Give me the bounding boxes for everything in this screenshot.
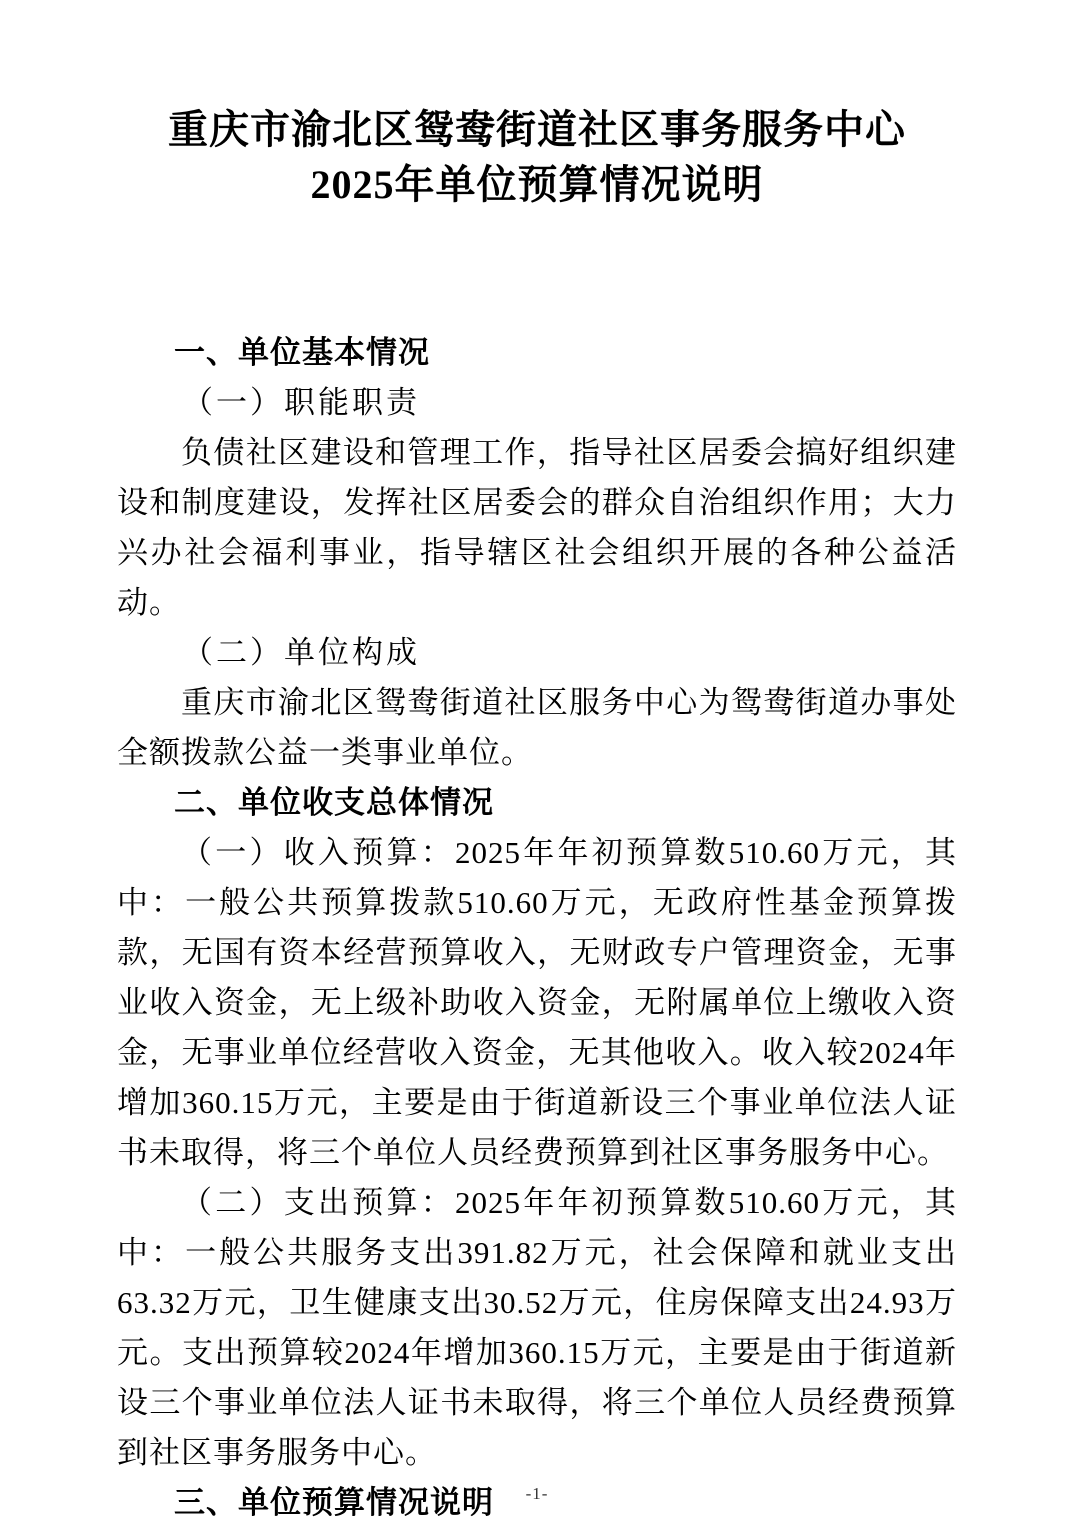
document-page: 重庆市渝北区鸳鸯街道社区事务服务中心 2025年单位预算情况说明 一、单位基本情… [0,0,1074,1520]
page-number: -1- [0,1484,1074,1504]
document-body: 一、单位基本情况 （一）职能职责 负债社区建设和管理工作，指导社区居委会搞好组织… [117,328,957,1520]
title-line-1: 重庆市渝北区鸳鸯街道社区事务服务中心 [117,102,957,157]
paragraph-income-budget: （一）收入预算：2025年年初预算数510.60万元，其中：一般公共预算拨款51… [117,828,957,1178]
paragraph-duties: 负债社区建设和管理工作，指导社区居委会搞好组织建设和制度建设，发挥社区居委会的群… [117,428,957,628]
title-line-2: 2025年单位预算情况说明 [117,157,957,212]
subsection-heading-composition: （二）单位构成 [117,628,957,678]
section-heading-overall-budget: 二、单位收支总体情况 [117,778,957,828]
subsection-heading-duties: （一）职能职责 [117,378,957,428]
paragraph-expenditure-budget: （二）支出预算：2025年年初预算数510.60万元，其中：一般公共服务支出39… [117,1178,957,1478]
document-title: 重庆市渝北区鸳鸯街道社区事务服务中心 2025年单位预算情况说明 [117,102,957,212]
paragraph-composition: 重庆市渝北区鸳鸯街道社区服务中心为鸳鸯街道办事处全额拨款公益一类事业单位。 [117,678,957,778]
section-heading-basic-info: 一、单位基本情况 [117,328,957,378]
